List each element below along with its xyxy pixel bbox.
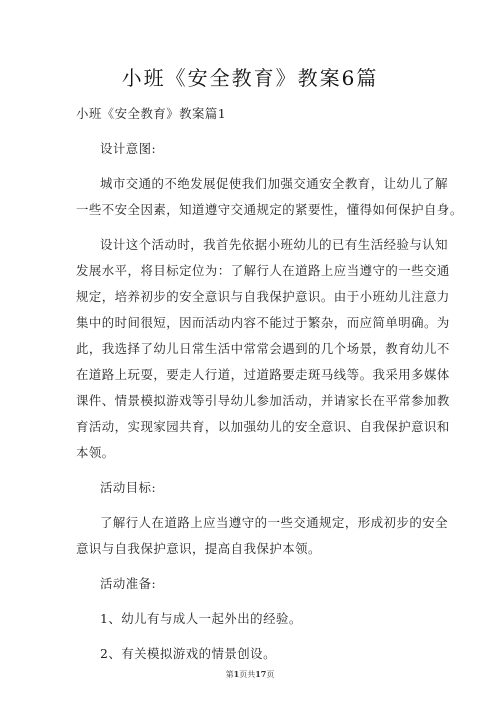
paragraph-line: 规定，培养初步的安全意识与自我保护意识。由于小班幼儿注意力 bbox=[76, 289, 436, 305]
document-page: 小班《安全教育》教案6篇 小班《安全教育》教案篇1 设计意图: 城市交通的不绝发… bbox=[0, 0, 500, 707]
prep-heading: 活动准备: bbox=[100, 576, 460, 592]
footer-prefix: 第 bbox=[226, 670, 234, 679]
page-footer: 第1页共17页 bbox=[0, 669, 500, 680]
paragraph-line: 集中的时间很短，因而活动内容不能过于繁杂，而应简单明确。为 bbox=[76, 315, 436, 331]
paragraph-line: 本领。 bbox=[76, 445, 436, 461]
lesson-subtitle: 小班《安全教育》教案篇1 bbox=[76, 106, 436, 122]
paragraph-line: 了解行人在道路上应当遵守的一些交通规定，形成初步的安全 bbox=[100, 515, 460, 531]
paragraph-line: 一些不安全因素，知道遵守交通规定的紧要性，懂得如何保护自身。 bbox=[76, 202, 436, 218]
paragraph-line: 设计这个活动时，我首先依据小班幼儿的已有生活经验与认知 bbox=[100, 237, 460, 253]
design-heading: 设计意图: bbox=[100, 141, 460, 157]
paragraph-line: 在道路上玩耍，要走人行道，过道路要走斑马线等。我采用多媒体 bbox=[76, 367, 436, 383]
footer-suffix: 页 bbox=[266, 670, 274, 679]
document-title: 小班《安全教育》教案6篇 bbox=[0, 62, 500, 91]
footer-middle: 页共 bbox=[239, 670, 255, 679]
paragraph-line: 城市交通的不绝发展促使我们加强交通安全教育，让幼儿了解 bbox=[100, 176, 460, 192]
paragraph-line: 育活动，实现家园共育，以加强幼儿的安全意识、自我保护意识和 bbox=[76, 419, 436, 435]
paragraph-line: 发展水平，将目标定位为：了解行人在道路上应当遵守的一些交通 bbox=[76, 263, 436, 279]
paragraph-line: 意识与自我保护意识，提高自我保护本领。 bbox=[76, 541, 436, 557]
total-page-count: 17 bbox=[255, 669, 266, 679]
goal-heading: 活动目标: bbox=[100, 480, 460, 496]
prep-item: 1、幼儿有与成人一起外出的经验。 bbox=[100, 611, 460, 627]
prep-item: 2、有关模拟游戏的情景创设。 bbox=[100, 646, 460, 662]
paragraph-line: 此，我选择了幼儿日常生活中常常会遇到的几个场景，教育幼儿不 bbox=[76, 341, 436, 357]
paragraph-line: 课件、情景模拟游戏等引导幼儿参加活动，并请家长在平常参加教 bbox=[76, 393, 436, 409]
